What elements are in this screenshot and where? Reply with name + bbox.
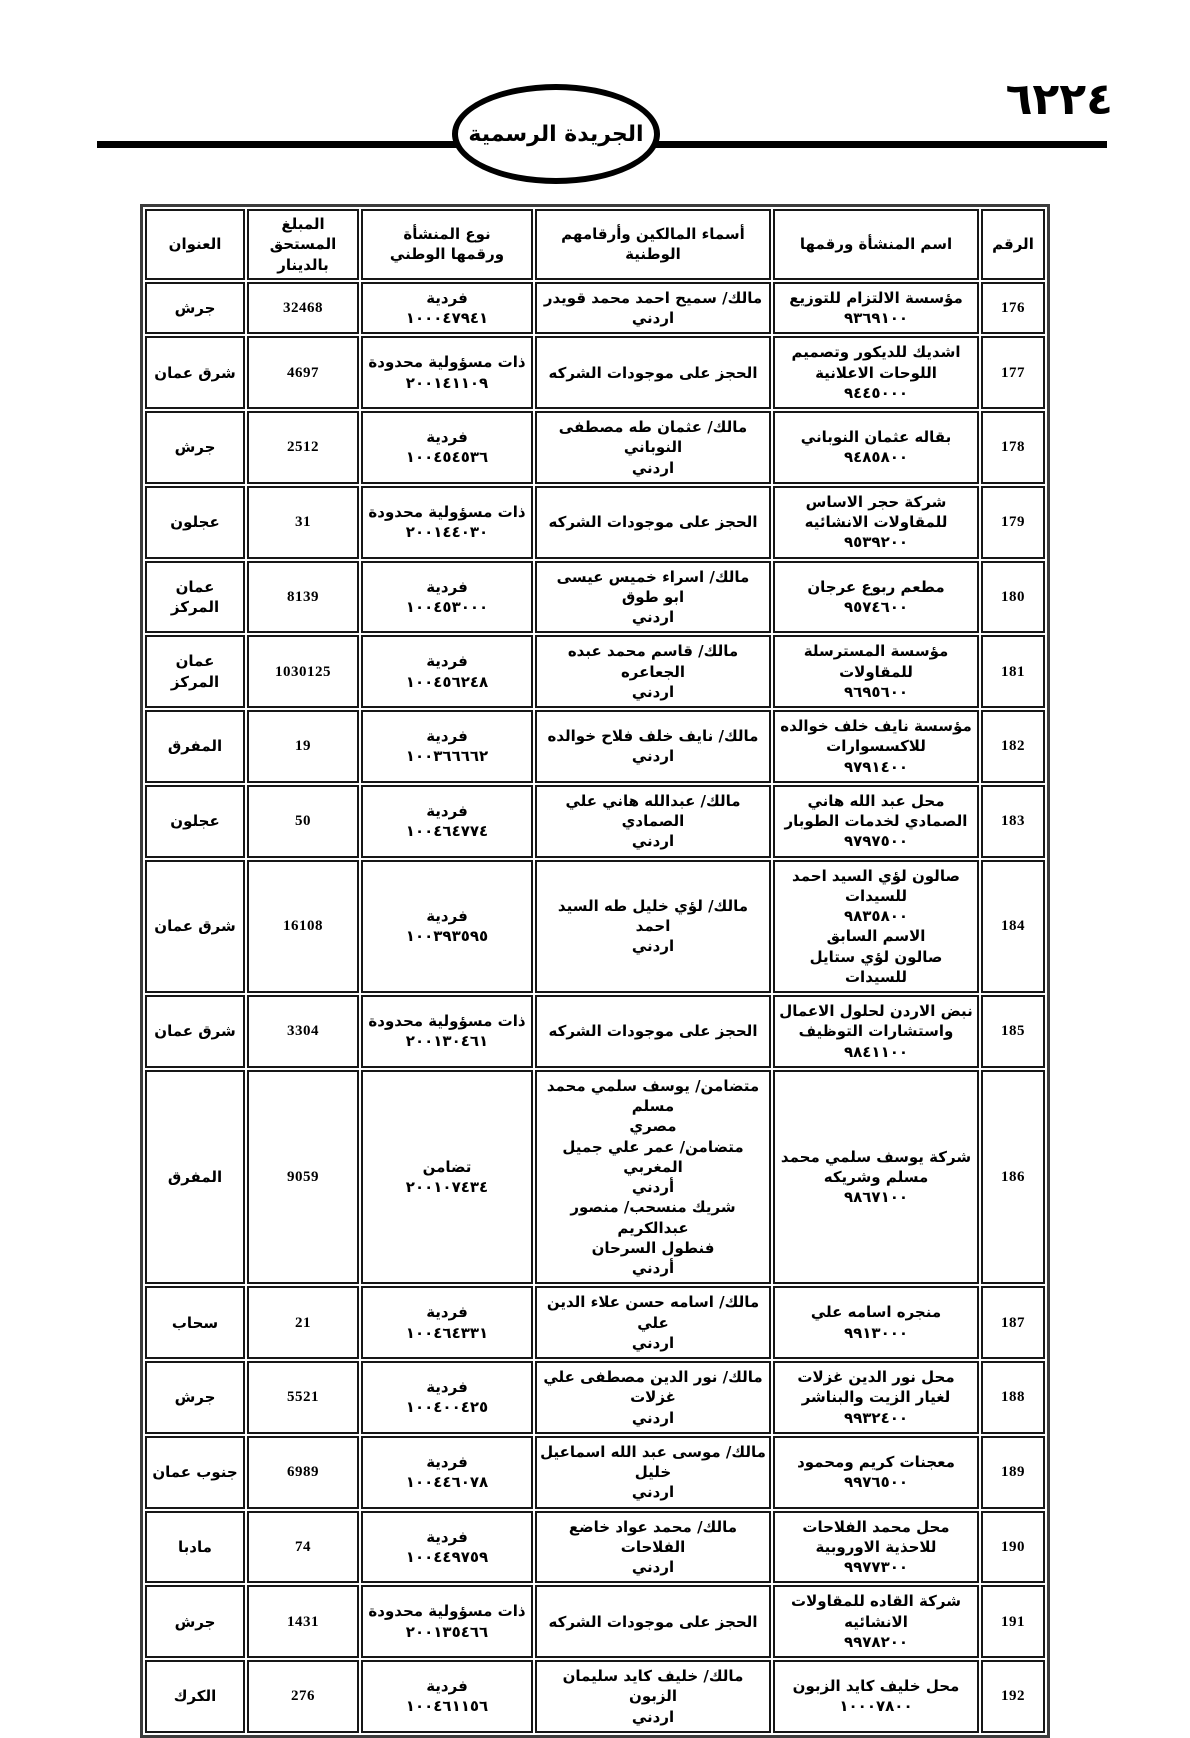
- cell-establishment-type: فردية ١٠٠٤٤٦٠٧٨: [361, 1436, 533, 1509]
- cell-amount-due: 3304: [247, 995, 359, 1068]
- cell-owners: الحجز على موجودات الشركه: [535, 1585, 771, 1658]
- cell-establishment-type: فردية ١٠٠٤٠٠٤٢٥: [361, 1361, 533, 1434]
- table-row: 189 معجنات كريم ومحمود ٩٩٧٦٥٠٠ مالك/ موس…: [145, 1436, 1045, 1509]
- cell-establishment-type: فردية ١٠٠٤٥٣٠٠٠: [361, 561, 533, 634]
- cell-establishment-name: محل عبد الله هاني الصمادي لخدمات الطوبار…: [773, 785, 979, 858]
- cell-establishment-type: ذات مسؤولية محدودة ٢٠٠١٣٥٤٦٦: [361, 1585, 533, 1658]
- cell-establishment-type: فردية ١٠٠٤٥٦٢٤٨: [361, 635, 533, 708]
- cell-establishment-type: تضامن ٢٠٠١٠٧٤٣٤: [361, 1070, 533, 1285]
- cell-address: سحاب: [145, 1286, 245, 1359]
- cell-establishment-name: مؤسسة الالتزام للتوزيع ٩٣٦٩١٠٠: [773, 282, 979, 335]
- cell-establishment-type: فردية ١٠٠٣٦٦٦٦٢: [361, 710, 533, 783]
- cell-amount-due: 31: [247, 486, 359, 559]
- cell-owners: مالك/ محمد عواد خاضع الفلاحات اردني: [535, 1511, 771, 1584]
- table-row: 179 شركة حجر الاساس للمقاولات الانشائيه …: [145, 486, 1045, 559]
- establishments-table: الرقم اسم المنشأة ورقمها أسماء المالكين …: [140, 204, 1050, 1738]
- cell-owners: الحجز على موجودات الشركه: [535, 486, 771, 559]
- table-row: 188 محل نور الدين غزلات لغيار الزيت والب…: [145, 1361, 1045, 1434]
- cell-owners: الحجز على موجودات الشركه: [535, 336, 771, 409]
- cell-address: عمان المركز: [145, 635, 245, 708]
- cell-establishment-name: نبض الاردن لحلول الاعمال واستشارات التوظ…: [773, 995, 979, 1068]
- cell-establishment-name: محل خليف كايد الزبون ١٠٠٠٧٨٠٠: [773, 1660, 979, 1733]
- cell-address: جرش: [145, 282, 245, 335]
- cell-establishment-name: محل نور الدين غزلات لغيار الزيت والبناشر…: [773, 1361, 979, 1434]
- cell-row-number: 192: [981, 1660, 1045, 1733]
- cell-establishment-name: مؤسسة نايف خلف خوالده للاكسسوارات ٩٧٩١٤٠…: [773, 710, 979, 783]
- cell-row-number: 189: [981, 1436, 1045, 1509]
- cell-address: جرش: [145, 1361, 245, 1434]
- cell-address: الكرك: [145, 1660, 245, 1733]
- cell-establishment-name: مؤسسة المسترسلة للمقاولات ٩٦٩٥٦٠٠: [773, 635, 979, 708]
- cell-address: عمان المركز: [145, 561, 245, 634]
- table-row: 187 منجره اسامه علي ٩٩١٣٠٠٠ مالك/ اسامه …: [145, 1286, 1045, 1359]
- cell-row-number: 176: [981, 282, 1045, 335]
- col-header-owners: أسماء المالكين وأرقامهم الوطنية: [535, 209, 771, 280]
- cell-amount-due: 50: [247, 785, 359, 858]
- cell-address: جرش: [145, 411, 245, 484]
- cell-establishment-name: بقاله عثمان النوباني ٩٤٨٥٨٠٠: [773, 411, 979, 484]
- cell-row-number: 186: [981, 1070, 1045, 1285]
- cell-establishment-type: فردية ١٠٠٠٤٧٩٤١: [361, 282, 533, 335]
- cell-address: عجلون: [145, 486, 245, 559]
- cell-owners: مالك/ اسامه حسن علاء الدين علي اردني: [535, 1286, 771, 1359]
- cell-amount-due: 74: [247, 1511, 359, 1584]
- cell-establishment-type: فردية ١٠٠٤٤٩٧٥٩: [361, 1511, 533, 1584]
- cell-row-number: 182: [981, 710, 1045, 783]
- cell-amount-due: 16108: [247, 860, 359, 994]
- table-row: 182 مؤسسة نايف خلف خوالده للاكسسوارات ٩٧…: [145, 710, 1045, 783]
- cell-establishment-type: فردية ١٠٠٣٩٣٥٩٥: [361, 860, 533, 994]
- cell-establishment-name: صالون لؤي السيد احمد للسيدات ٩٨٣٥٨٠٠ الا…: [773, 860, 979, 994]
- cell-amount-due: 32468: [247, 282, 359, 335]
- cell-establishment-name: منجره اسامه علي ٩٩١٣٠٠٠: [773, 1286, 979, 1359]
- cell-row-number: 190: [981, 1511, 1045, 1584]
- cell-owners: مالك/ نور الدين مصطفى علي غزلات اردني: [535, 1361, 771, 1434]
- cell-owners: مالك/ لؤي خليل طه السيد احمد اردني: [535, 860, 771, 994]
- cell-establishment-type: ذات مسؤولية محدودة ٢٠٠١٣٠٤٦١: [361, 995, 533, 1068]
- cell-address: شرق عمان: [145, 336, 245, 409]
- cell-address: جرش: [145, 1585, 245, 1658]
- cell-amount-due: 276: [247, 1660, 359, 1733]
- cell-establishment-type: ذات مسؤولية محدودة ٢٠٠١٤٤٠٣٠: [361, 486, 533, 559]
- table-row: 191 شركة القاده للمقاولات الانشائيه ٩٩٧٨…: [145, 1585, 1045, 1658]
- cell-address: عجلون: [145, 785, 245, 858]
- cell-owners: مالك/ عثمان طه مصطفى النوباني اردني: [535, 411, 771, 484]
- col-header-amount: المبلغ المستحق بالدينار: [247, 209, 359, 280]
- table-row: 177 اشديك للديكور وتصميم اللوحات الاعلان…: [145, 336, 1045, 409]
- cell-address: المفرق: [145, 710, 245, 783]
- cell-owners: مالك/ قاسم محمد عبده الجعاعره اردني: [535, 635, 771, 708]
- table-row: 181 مؤسسة المسترسلة للمقاولات ٩٦٩٥٦٠٠ ما…: [145, 635, 1045, 708]
- cell-row-number: 184: [981, 860, 1045, 994]
- cell-row-number: 181: [981, 635, 1045, 708]
- gazette-banner-ellipse: الجريدة الرسمية: [452, 84, 660, 184]
- table-header-row: الرقم اسم المنشأة ورقمها أسماء المالكين …: [145, 209, 1045, 280]
- cell-row-number: 177: [981, 336, 1045, 409]
- table-row: 185 نبض الاردن لحلول الاعمال واستشارات ا…: [145, 995, 1045, 1068]
- cell-amount-due: 8139: [247, 561, 359, 634]
- cell-row-number: 180: [981, 561, 1045, 634]
- table-row: 176 مؤسسة الالتزام للتوزيع ٩٣٦٩١٠٠ مالك/…: [145, 282, 1045, 335]
- cell-establishment-type: ذات مسؤولية محدودة ٢٠٠١٤١١٠٩: [361, 336, 533, 409]
- cell-amount-due: 1431: [247, 1585, 359, 1658]
- cell-owners: مالك/ نايف خلف فلاح خوالده اردني: [535, 710, 771, 783]
- cell-establishment-name: معجنات كريم ومحمود ٩٩٧٦٥٠٠: [773, 1436, 979, 1509]
- cell-establishment-name: مطعم ربوع عرجان ٩٥٧٤٦٠٠: [773, 561, 979, 634]
- cell-amount-due: 2512: [247, 411, 359, 484]
- table-row: 192 محل خليف كايد الزبون ١٠٠٠٧٨٠٠ مالك/ …: [145, 1660, 1045, 1733]
- cell-owners: مالك/ سميح احمد محمد قويدر اردني: [535, 282, 771, 335]
- cell-owners: مالك/ عبدالله هاني علي الصمادي اردني: [535, 785, 771, 858]
- cell-owners: مالك/ خليف كايد سليمان الزبون اردني: [535, 1660, 771, 1733]
- cell-owners: مالك/ اسراء خميس عيسى ابو طوق اردني: [535, 561, 771, 634]
- cell-address: شرق عمان: [145, 860, 245, 994]
- cell-address: مادبا: [145, 1511, 245, 1584]
- cell-establishment-type: فردية ١٠٠٤٦٤٧٧٤: [361, 785, 533, 858]
- cell-amount-due: 4697: [247, 336, 359, 409]
- cell-owners: متضامن/ يوسف سلمي محمد مسلم مصري متضامن/…: [535, 1070, 771, 1285]
- cell-establishment-name: محل محمد الفلاحات للاحذية الاوروبية ٩٩٧٧…: [773, 1511, 979, 1584]
- gazette-banner-title: الجريدة الرسمية: [468, 122, 643, 147]
- table-row: 180 مطعم ربوع عرجان ٩٥٧٤٦٠٠ مالك/ اسراء …: [145, 561, 1045, 634]
- col-header-type: نوع المنشأة ورقمها الوطني: [361, 209, 533, 280]
- cell-row-number: 179: [981, 486, 1045, 559]
- cell-establishment-name: شركة حجر الاساس للمقاولات الانشائيه ٩٥٣٩…: [773, 486, 979, 559]
- cell-establishment-name: شركة يوسف سلمي محمد مسلم وشريكه ٩٨٦٧١٠٠: [773, 1070, 979, 1285]
- cell-amount-due: 6989: [247, 1436, 359, 1509]
- cell-row-number: 183: [981, 785, 1045, 858]
- cell-address: شرق عمان: [145, 995, 245, 1068]
- cell-row-number: 178: [981, 411, 1045, 484]
- cell-row-number: 185: [981, 995, 1045, 1068]
- table-row: 178 بقاله عثمان النوباني ٩٤٨٥٨٠٠ مالك/ ع…: [145, 411, 1045, 484]
- cell-amount-due: 9059: [247, 1070, 359, 1285]
- cell-amount-due: 5521: [247, 1361, 359, 1434]
- cell-establishment-name: اشديك للديكور وتصميم اللوحات الاعلانية ٩…: [773, 336, 979, 409]
- cell-amount-due: 21: [247, 1286, 359, 1359]
- cell-amount-due: 19: [247, 710, 359, 783]
- cell-address: المفرق: [145, 1070, 245, 1285]
- table-row: 183 محل عبد الله هاني الصمادي لخدمات الط…: [145, 785, 1045, 858]
- col-header-establishment-name: اسم المنشأة ورقمها: [773, 209, 979, 280]
- col-header-number: الرقم: [981, 209, 1045, 280]
- cell-address: جنوب عمان: [145, 1436, 245, 1509]
- cell-owners: مالك/ موسى عبد الله اسماعيل خليل اردني: [535, 1436, 771, 1509]
- cell-establishment-type: فردية ١٠٠٤٦١١٥٦: [361, 1660, 533, 1733]
- table-row: 190 محل محمد الفلاحات للاحذية الاوروبية …: [145, 1511, 1045, 1584]
- cell-establishment-type: فردية ١٠٠٤٦٤٣٣١: [361, 1286, 533, 1359]
- cell-establishment-name: شركة القاده للمقاولات الانشائيه ٩٩٧٨٢٠٠: [773, 1585, 979, 1658]
- table-row: 184 صالون لؤي السيد احمد للسيدات ٩٨٣٥٨٠٠…: [145, 860, 1045, 994]
- table-row: 186 شركة يوسف سلمي محمد مسلم وشريكه ٩٨٦٧…: [145, 1070, 1045, 1285]
- cell-row-number: 187: [981, 1286, 1045, 1359]
- cell-amount-due: 1030125: [247, 635, 359, 708]
- cell-row-number: 191: [981, 1585, 1045, 1658]
- page-number: ٦٢٢٤: [1006, 78, 1113, 122]
- col-header-address: العنوان: [145, 209, 245, 280]
- cell-owners: الحجز على موجودات الشركه: [535, 995, 771, 1068]
- cell-establishment-type: فردية ١٠٠٤٥٤٥٣٦: [361, 411, 533, 484]
- cell-row-number: 188: [981, 1361, 1045, 1434]
